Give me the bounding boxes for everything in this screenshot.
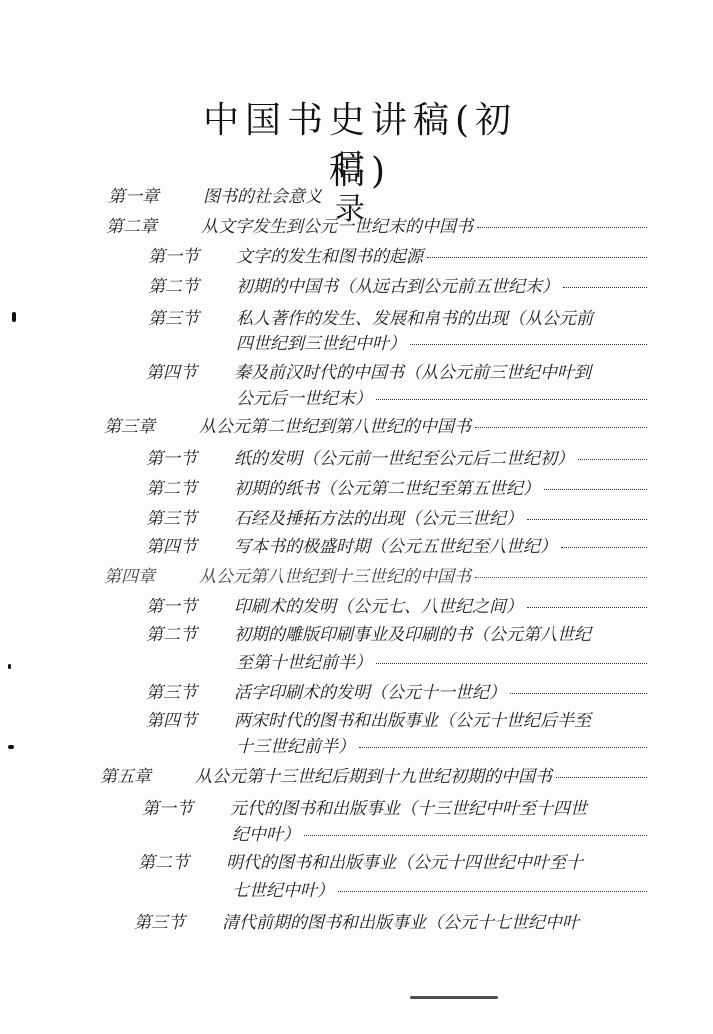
section-title: 活字印刷术的发明（公元十一世纪）: [234, 682, 506, 704]
toc-chapter-1: 第一章 图书的社会意义: [108, 186, 647, 208]
toc-chapter-5: 第五章 从公元第十三世纪后期到十九世纪初期的中国书: [100, 766, 647, 788]
section-title: 私人著作的发生、发展和帛书的出现（从公元前: [236, 308, 593, 330]
section-label: 第一节: [146, 596, 234, 618]
toc-section-4-2-continued: 至第十世纪前半）: [236, 652, 647, 674]
toc-heading: 目录: [240, 140, 460, 228]
dot-leader: [338, 890, 647, 892]
toc-section-3-2: 第二节 初期的纸书（公元第二世纪至第五世纪）: [146, 478, 647, 500]
chapter-label: 第四章: [104, 566, 199, 588]
section-label: 第四节: [146, 536, 234, 558]
chapter-label: 第二章: [106, 216, 201, 238]
section-title: 纸的发明（公元前一世纪至公元后二世纪初）: [234, 448, 574, 470]
chapter-label: 第三章: [104, 416, 199, 438]
dot-leader: [527, 518, 647, 520]
dot-leader: [475, 426, 647, 428]
dot-leader: [544, 488, 647, 490]
section-label: 第四节: [146, 710, 234, 732]
dot-leader: [477, 226, 647, 228]
section-title: 文字的发生和图书的起源: [236, 246, 423, 268]
section-title: 秦及前汉时代的中国书（从公元前三世纪中叶到: [234, 362, 591, 384]
toc-section-2-4: 第四节 秦及前汉时代的中国书（从公元前三世纪中叶到: [146, 362, 647, 384]
dot-leader: [556, 776, 647, 778]
toc-section-2-3-continued: 四世纪到三世纪中叶）: [236, 333, 647, 355]
section-label: 第一节: [148, 246, 236, 268]
section-label: 第四节: [146, 362, 234, 384]
bottom-scan-mark: [410, 996, 498, 999]
toc-section-2-4-continued: 公元后一世纪末）: [236, 388, 647, 410]
toc-section-5-1: 第一节 元代的图书和出版事业（十三世纪中叶至十四世: [142, 798, 647, 820]
dot-leader: [527, 606, 647, 608]
section-label: 第二节: [146, 624, 234, 646]
chapter-label: 第一章: [108, 186, 203, 208]
dot-leader: [410, 343, 647, 345]
chapter-title: 图书的社会意义: [203, 186, 322, 208]
section-title: 印刷术的发明（公元七、八世纪之间）: [234, 596, 523, 618]
section-title-continued: 十三世纪前半）: [236, 736, 355, 758]
dot-leader: [376, 398, 647, 400]
dot-leader: [359, 746, 647, 748]
scan-speck: [8, 664, 11, 669]
toc-section-4-2: 第二节 初期的雕版印刷事业及印刷的书（公元第八世纪: [146, 624, 647, 646]
toc-section-5-3: 第三节 清代前期的图书和出版事业（公元十七世纪中叶: [134, 912, 647, 934]
chapter-title: 从文字发生到公元一世纪末的中国书: [201, 216, 473, 238]
toc-section-2-1: 第一节 文字的发生和图书的起源: [148, 246, 647, 268]
toc-section-5-2: 第二节 明代的图书和出版事业（公元十四世纪中叶至十: [138, 852, 647, 874]
toc-section-4-1: 第一节 印刷术的发明（公元七、八世纪之间）: [146, 596, 647, 618]
chapter-title: 从公元第八世纪到十三世纪的中国书: [199, 566, 471, 588]
toc-chapter-3: 第三章 从公元第二世纪到第八世纪的中国书: [104, 416, 647, 438]
section-title: 石经及捶拓方法的出现（公元三世纪）: [234, 508, 523, 530]
scan-speck: [12, 312, 16, 322]
section-title-continued: 公元后一世纪末）: [236, 388, 372, 410]
section-title: 两宋时代的图书和出版事业（公元十世纪后半至: [234, 710, 591, 732]
dot-leader: [563, 286, 647, 288]
section-title: 元代的图书和出版事业（十三世纪中叶至十四世: [230, 798, 587, 820]
dot-leader: [376, 662, 647, 664]
toc-section-4-4: 第四节 两宋时代的图书和出版事业（公元十世纪后半至: [146, 710, 647, 732]
section-title-continued: 七世纪中叶）: [232, 880, 334, 902]
dot-leader: [475, 576, 647, 578]
section-title-continued: 至第十世纪前半）: [236, 652, 372, 674]
toc-section-4-4-continued: 十三世纪前半）: [236, 736, 647, 758]
toc-chapter-4: 第四章 从公元第八世纪到十三世纪的中国书: [104, 566, 647, 588]
toc-chapter-2: 第二章 从文字发生到公元一世纪末的中国书: [106, 216, 647, 238]
toc-section-2-2: 第二节 初期的中国书（从远古到公元前五世纪末）: [148, 276, 647, 298]
toc-section-3-1: 第一节 纸的发明（公元前一世纪至公元后二世纪初）: [146, 448, 647, 470]
scanned-page: 中国书史讲稿(初稿) 目录 第一章 图书的社会意义 第二章 从文字发生到公元一世…: [0, 0, 713, 1034]
section-label: 第三节: [146, 682, 234, 704]
section-title: 清代前期的图书和出版事业（公元十七世纪中叶: [222, 912, 579, 934]
section-title: 初期的纸书（公元第二世纪至第五世纪）: [234, 478, 540, 500]
section-label: 第二节: [146, 478, 234, 500]
section-label: 第二节: [148, 276, 236, 298]
toc-section-3-4: 第四节 写本书的极盛时期（公元五世纪至八世纪）: [146, 536, 647, 558]
section-label: 第三节: [148, 308, 236, 330]
section-label: 第一节: [142, 798, 230, 820]
section-title: 初期的雕版印刷事业及印刷的书（公元第八世纪: [234, 624, 591, 646]
section-label: 第三节: [146, 508, 234, 530]
section-title-continued: 纪中叶）: [232, 824, 300, 846]
section-label: 第三节: [134, 912, 222, 934]
dot-leader: [304, 834, 647, 836]
toc-section-4-3: 第三节 活字印刷术的发明（公元十一世纪）: [146, 682, 647, 704]
chapter-title: 从公元第十三世纪后期到十九世纪初期的中国书: [195, 766, 552, 788]
toc-section-3-3: 第三节 石经及捶拓方法的出现（公元三世纪）: [146, 508, 647, 530]
chapter-label: 第五章: [100, 766, 195, 788]
section-label: 第一节: [146, 448, 234, 470]
section-title: 写本书的极盛时期（公元五世纪至八世纪）: [234, 536, 557, 558]
section-title-continued: 四世纪到三世纪中叶）: [236, 333, 406, 355]
dot-leader: [561, 546, 647, 548]
dot-leader: [510, 692, 647, 694]
chapter-title: 从公元第二世纪到第八世纪的中国书: [199, 416, 471, 438]
toc-section-5-1-continued: 纪中叶）: [232, 824, 647, 846]
toc-section-2-3: 第三节 私人著作的发生、发展和帛书的出现（从公元前: [148, 308, 647, 330]
scan-speck: [8, 745, 14, 749]
section-title: 明代的图书和出版事业（公元十四世纪中叶至十: [226, 852, 583, 874]
dot-leader: [427, 256, 647, 258]
section-title: 初期的中国书（从远古到公元前五世纪末）: [236, 276, 559, 298]
section-label: 第二节: [138, 852, 226, 874]
toc-section-5-2-continued: 七世纪中叶）: [232, 880, 647, 902]
dot-leader: [578, 458, 647, 460]
